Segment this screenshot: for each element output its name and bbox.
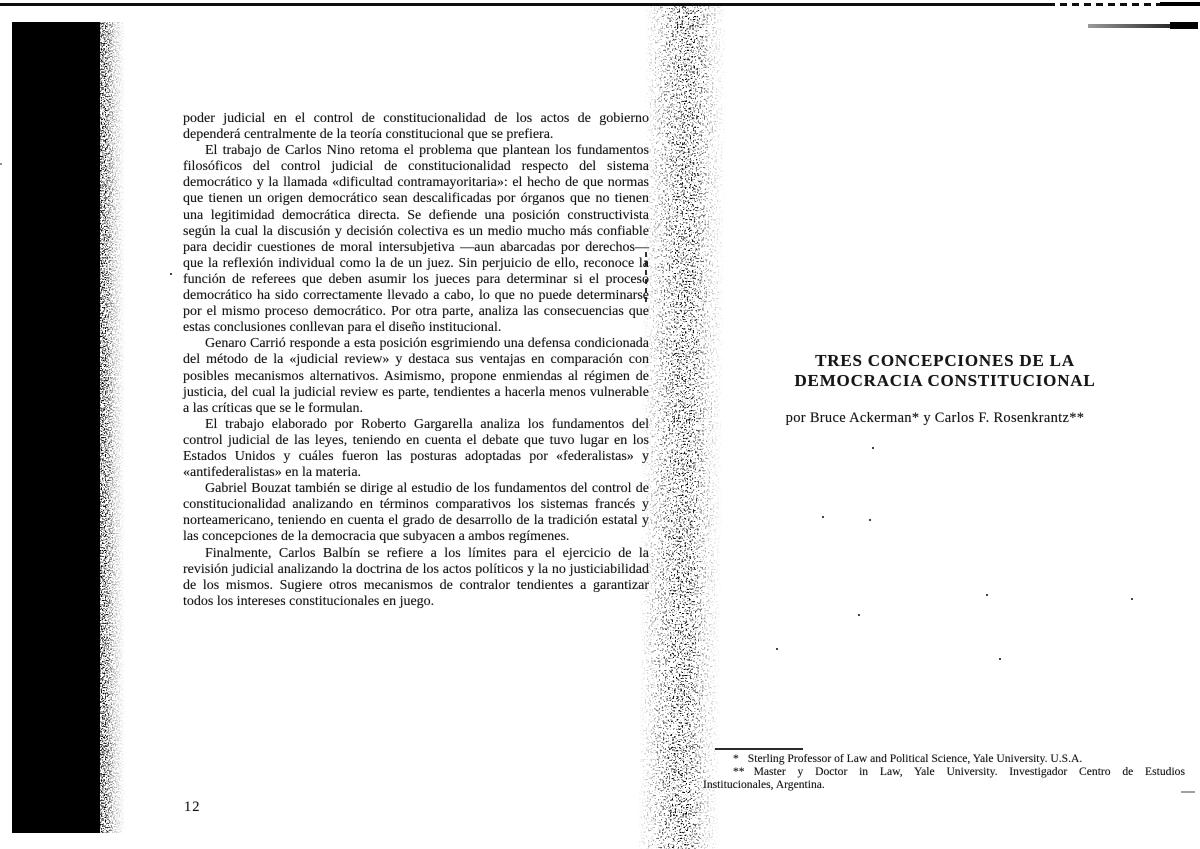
top-right-mark-end bbox=[1170, 22, 1198, 29]
footnote-1-text: Sterling Professor of Law and Political … bbox=[748, 752, 1082, 765]
scan-speck bbox=[872, 447, 874, 449]
scan-speck bbox=[0, 163, 2, 165]
footnote-2-marker: ** bbox=[733, 765, 745, 778]
page-number: 12 bbox=[184, 799, 201, 816]
left-page-body: poder judicial en el control de constitu… bbox=[183, 111, 649, 610]
scan-speck bbox=[776, 648, 778, 650]
paragraph: El trabajo de Carlos Nino retoma el prob… bbox=[183, 143, 649, 336]
chapter-title: TRES CONCEPCIONES DE LA DEMOCRACIA CONST… bbox=[745, 351, 1145, 390]
chapter-title-line2: DEMOCRACIA CONSTITUCIONAL bbox=[745, 371, 1145, 391]
footnote-2: **Master y Doctor in Law, Yale Universit… bbox=[703, 765, 1185, 791]
scan-speck bbox=[1131, 598, 1133, 600]
scanned-book-spread: poder judicial en el control de constitu… bbox=[0, 0, 1200, 849]
scan-speck bbox=[999, 658, 1001, 660]
top-right-mark bbox=[1088, 24, 1182, 28]
footnote-rule bbox=[715, 748, 803, 750]
paragraph: Finalmente, Carlos Balbín se refiere a l… bbox=[183, 546, 649, 610]
scan-speck bbox=[858, 614, 860, 616]
top-rule bbox=[0, 3, 1048, 6]
chapter-title-line1: TRES CONCEPCIONES DE LA bbox=[745, 351, 1145, 371]
top-rule-end bbox=[1160, 2, 1200, 6]
scan-speck bbox=[986, 594, 988, 596]
scan-speck bbox=[869, 519, 871, 521]
footnotes: *Sterling Professor of Law and Political… bbox=[703, 752, 1185, 792]
scan-gutter-noise bbox=[638, 4, 727, 849]
scan-speck bbox=[822, 516, 824, 518]
scan-black-bar bbox=[12, 22, 100, 833]
paragraph: Gabriel Bouzat también se dirige al estu… bbox=[183, 481, 649, 545]
footnote-1: *Sterling Professor of Law and Political… bbox=[703, 752, 1185, 765]
scan-black-bar-fringe bbox=[97, 22, 125, 833]
byline: por Bruce Ackerman* y Carlos F. Rosenkra… bbox=[735, 410, 1135, 427]
footnote-2-text1: Master y Doctor in Law, Yale University.… bbox=[754, 765, 1185, 778]
top-rule-dashed bbox=[1048, 3, 1160, 6]
paragraph: poder judicial en el control de constitu… bbox=[183, 111, 649, 143]
paragraph: Genaro Carrió responde a esta posición e… bbox=[183, 336, 649, 416]
paragraph: El trabajo elaborado por Roberto Gargare… bbox=[183, 417, 649, 481]
footnote-1-marker: * bbox=[733, 752, 739, 765]
footnote-2-line2: Institucionales, Argentina. bbox=[703, 778, 1185, 791]
scan-speck bbox=[170, 273, 172, 275]
footnote-2-line1: **Master y Doctor in Law, Yale Universit… bbox=[703, 765, 1185, 778]
